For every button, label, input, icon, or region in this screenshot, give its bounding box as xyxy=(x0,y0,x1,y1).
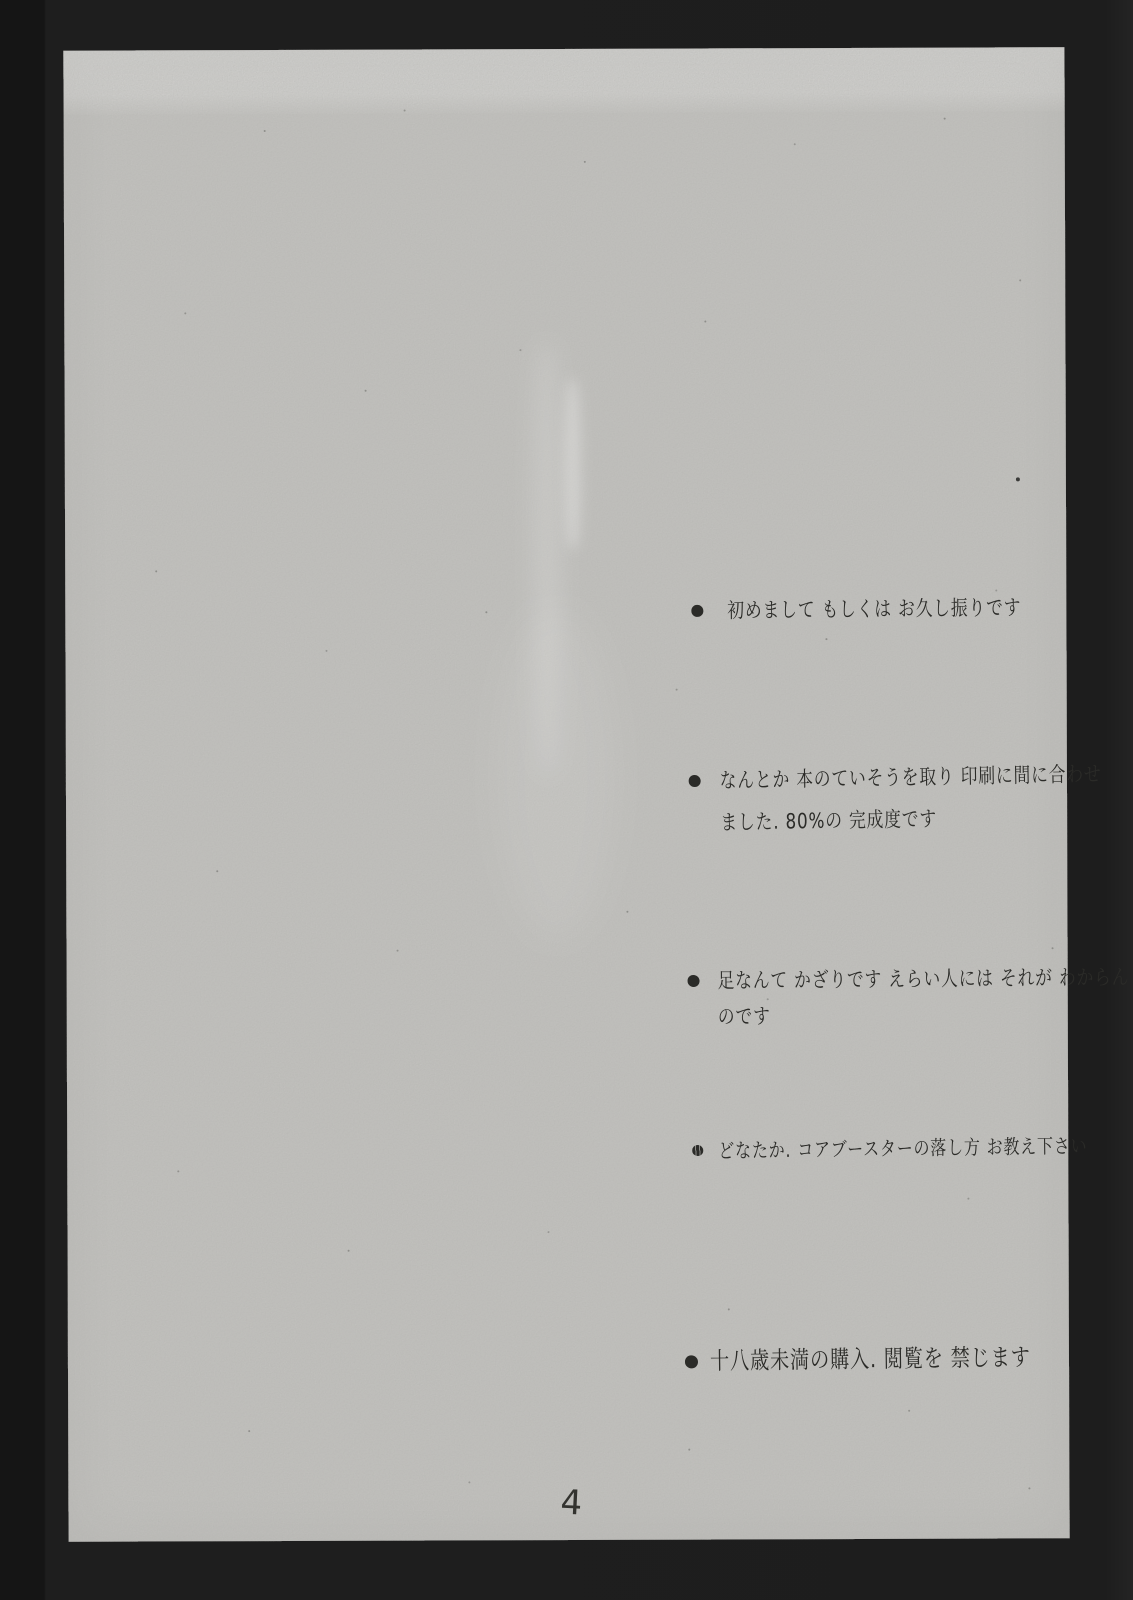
bullet-dot-icon xyxy=(685,1355,698,1368)
handwritten-note-completion: なんとか 本のていそうを取り 印刷に間に合わせ ました. 80%の 完成度です xyxy=(688,751,1133,844)
scanned-page: 初めまして もしくは お久し振りです なんとか 本のていそうを取り 印刷に間に合… xyxy=(63,47,1069,1541)
paper-speckles xyxy=(63,51,65,53)
note-line: なんとか 本のていそうを取り 印刷に間に合わせ xyxy=(719,753,1102,802)
handwritten-note-greeting: 初めまして もしくは お久し振りです xyxy=(691,592,1095,626)
scanner-background: 初めまして もしくは お久し振りです なんとか 本のていそうを取り 印刷に間に合… xyxy=(0,0,1133,1600)
bullet-dot-icon xyxy=(688,975,700,987)
bullet-dot-icon xyxy=(689,775,701,787)
handwritten-note-core-booster: どなたか. コアブースターの落し方 お教え下さい xyxy=(692,1129,1133,1166)
page-showthrough-ghosting xyxy=(495,609,616,939)
note-line: ました. 80%の 完成度です xyxy=(720,795,1103,844)
ink-speck xyxy=(1016,477,1020,481)
note-line: のです xyxy=(718,995,1130,1035)
page-showthrough-ghosting xyxy=(532,344,562,774)
note-line: 足なんて かざりです えらい人には それが わからん xyxy=(717,959,1129,999)
note-line: 初めまして もしくは お久し振りです xyxy=(727,593,1021,626)
note-line: どなたか. コアブースターの落し方 お教え下さい xyxy=(718,1131,1088,1166)
handwritten-note-legs-quote: 足なんて かざりです えらい人には それが わからん のです xyxy=(687,958,1133,1035)
page-number: 4 xyxy=(560,1482,584,1523)
page-showthrough-ghosting xyxy=(565,379,582,549)
note-line: 十八歳未満の購入. 閲覧を 禁じます xyxy=(710,1341,1031,1377)
handwritten-note-age-warning: 十八歳未満の購入. 閲覧を 禁じます xyxy=(685,1340,1111,1377)
bullet-dot-icon xyxy=(692,1145,703,1156)
bullet-dot-icon xyxy=(691,605,703,617)
